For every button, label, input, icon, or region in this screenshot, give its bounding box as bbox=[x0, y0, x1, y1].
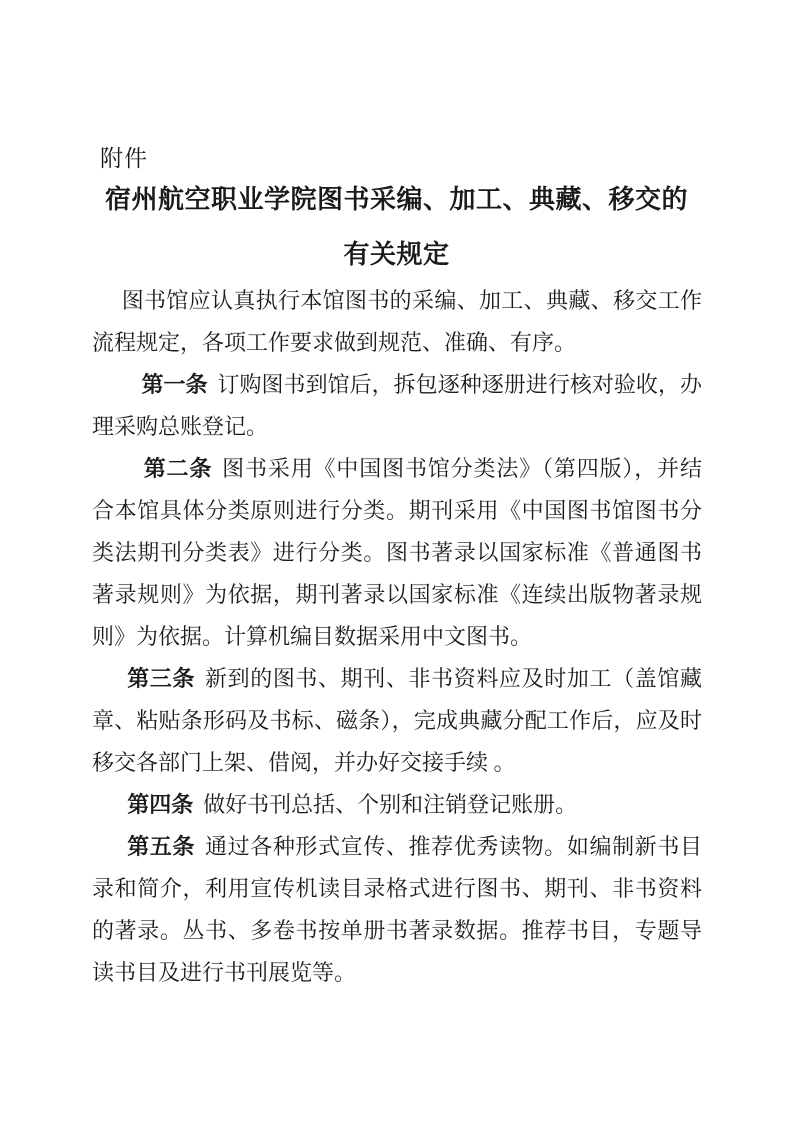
article-paragraph: 第二条图书采用《中国图书馆分类法》（第四版），并结合本馆具体分类原则进行分类。期… bbox=[92, 448, 702, 658]
title-line-1: 宿州航空职业学院图书采编、加工、典藏、移交的 bbox=[0, 172, 793, 227]
article-paragraph: 第一条订购图书到馆后，拆包逐种逐册进行核对验收，办理采购总账登记。 bbox=[92, 364, 702, 448]
article-text: 图书采用《中国图书馆分类法》（第四版），并结合本馆具体分类原则进行分类。期刊采用… bbox=[92, 456, 702, 649]
document-body: 图书馆应认真执行本馆图书的采编、加工、典藏、移交工作流程规定，各项工作要求做到规… bbox=[92, 280, 702, 994]
article-label: 第五条 bbox=[127, 834, 195, 859]
attachment-label: 附件 bbox=[100, 140, 148, 173]
article-text: 图书馆应认真执行本馆图书的采编、加工、典藏、移交工作流程规定，各项工作要求做到规… bbox=[92, 288, 702, 355]
article-label: 第四条 bbox=[127, 792, 193, 817]
document-page: 附件 宿州航空职业学院图书采编、加工、典藏、移交的 有关规定 图书馆应认真执行本… bbox=[0, 0, 793, 1122]
article-paragraph: 第四条做好书刊总括、个别和注销登记账册。 bbox=[92, 784, 702, 826]
document-title: 宿州航空职业学院图书采编、加工、典藏、移交的 有关规定 bbox=[0, 172, 793, 282]
article-paragraph: 第五条通过各种形式宣传、推荐优秀读物。如编制新书目录和简介，利用宣传机读目录格式… bbox=[92, 826, 702, 994]
article-label: 第一条 bbox=[142, 372, 208, 397]
article-paragraph: 图书馆应认真执行本馆图书的采编、加工、典藏、移交工作流程规定，各项工作要求做到规… bbox=[92, 280, 702, 364]
article-text: 做好书刊总括、个别和注销登记账册。 bbox=[203, 792, 577, 817]
article-paragraph: 第三条新到的图书、期刊、非书资料应及时加工（盖馆藏章、粘贴条形码及书标、磁条），… bbox=[92, 658, 702, 784]
article-label: 第三条 bbox=[127, 666, 195, 691]
article-label: 第二条 bbox=[144, 456, 213, 481]
title-line-2: 有关规定 bbox=[0, 227, 793, 282]
